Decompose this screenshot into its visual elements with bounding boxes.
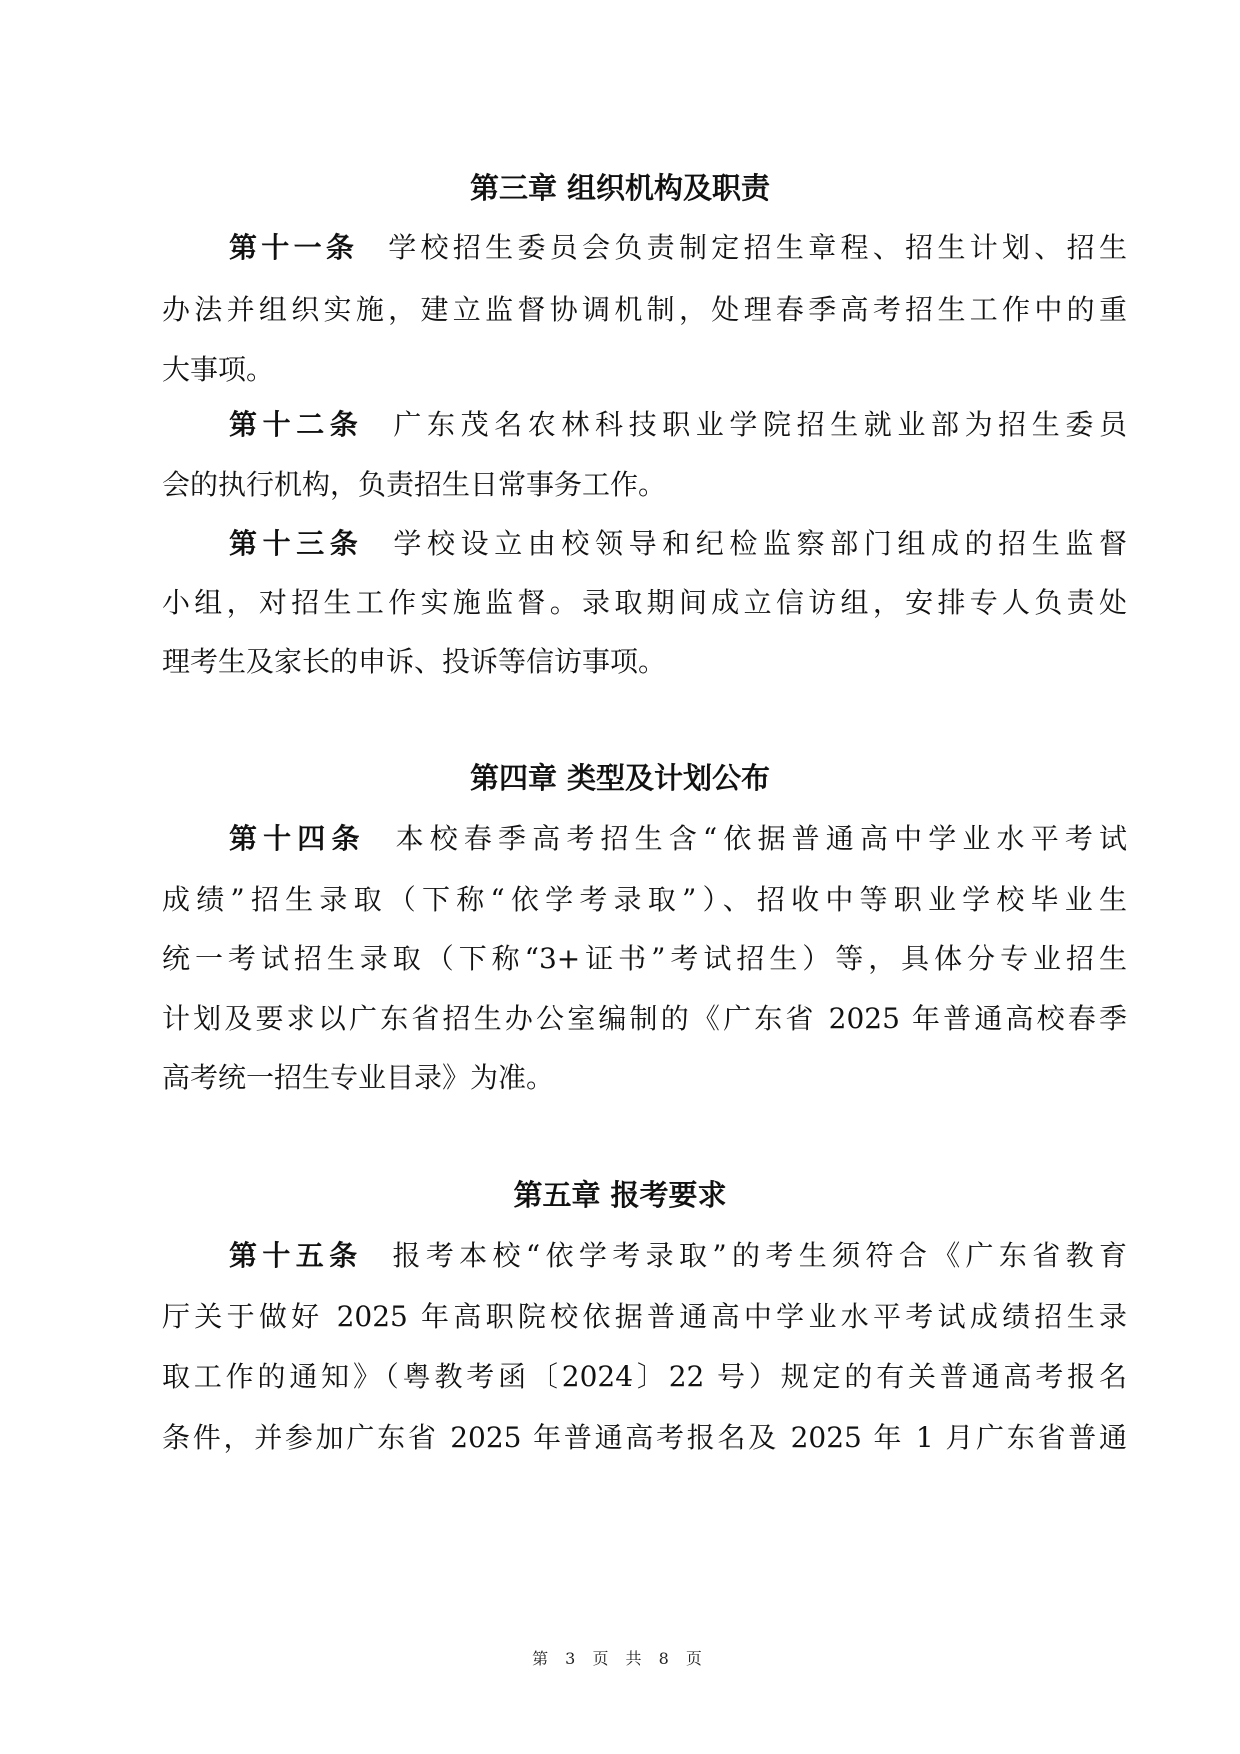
page-number-footer: 第 3 页 共 8 页: [0, 1646, 1240, 1669]
chapter-heading-3: 第三章 组织机构及职责: [0, 168, 1240, 208]
article-14-line-5: 高考统一招生专业目录》为准。: [162, 1058, 1127, 1098]
article-label: 第十四条: [229, 822, 366, 855]
article-15-line-3: 取工作的通知》（粤教考函〔2024〕22 号）规定的有关普通高考报名: [162, 1357, 1127, 1397]
article-14-line-4: 计划及要求以广东省招生办公室编制的《广东省 2025 年普通高校春季: [162, 999, 1127, 1039]
article-text: 学校招生委员会负责制定招生章程、招生计划、招生: [388, 231, 1127, 264]
article-15-line-2: 厅关于做好 2025 年高职院校依据普通高中学业水平考试成绩招生录: [162, 1297, 1127, 1337]
article-label: 第十一条: [229, 231, 358, 264]
article-13-line-1: 第十三条学校设立由校领导和纪检监察部门组成的招生监督: [229, 524, 1127, 564]
article-label: 第十五条: [229, 1239, 362, 1272]
article-text: 学校设立由校领导和纪检监察部门组成的招生监督: [393, 527, 1127, 560]
article-11-line-3: 大事项。: [162, 350, 1127, 390]
article-14-line-1: 第十四条本校春季高考招生含“依据普通高中学业水平考试: [229, 819, 1127, 859]
article-label: 第十二条: [229, 408, 363, 441]
article-15-line-4: 条件，并参加广东省 2025 年普通高考报名及 2025 年 1 月广东省普通: [162, 1418, 1127, 1458]
article-13-line-2: 小组，对招生工作实施监督。录取期间成立信访组，安排专人负责处: [162, 583, 1127, 623]
article-text: 广东茂名农林科技职业学院招生就业部为招生委员: [393, 408, 1127, 441]
chapter-heading-4: 第四章 类型及计划公布: [0, 758, 1240, 798]
chapter-heading-5: 第五章 报考要求: [0, 1175, 1240, 1215]
article-11-line-2: 办法并组织实施，建立监督协调机制，处理春季高考招生工作中的重: [162, 290, 1127, 330]
article-13-line-3: 理考生及家长的申诉、投诉等信访事项。: [162, 642, 1127, 682]
article-label: 第十三条: [229, 527, 363, 560]
article-12-line-2: 会的执行机构，负责招生日常事务工作。: [162, 465, 1127, 505]
article-11-line-1: 第十一条学校招生委员会负责制定招生章程、招生计划、招生: [229, 228, 1127, 268]
document-page: 第三章 组织机构及职责 第十一条学校招生委员会负责制定招生章程、招生计划、招生 …: [0, 0, 1240, 1754]
article-15-line-1: 第十五条报考本校“依学考录取”的考生须符合《广东省教育: [229, 1236, 1127, 1276]
article-text: 报考本校“依学考录取”的考生须符合《广东省教育: [392, 1239, 1127, 1272]
article-14-line-2: 成绩”招生录取（下称“依学考录取”）、招收中等职业学校毕业生: [162, 880, 1127, 920]
article-text: 本校春季高考招生含“依据普通高中学业水平考试: [396, 822, 1127, 855]
article-14-line-3: 统一考试招生录取（下称“3+证书”考试招生）等，具体分专业招生: [162, 939, 1127, 979]
article-12-line-1: 第十二条广东茂名农林科技职业学院招生就业部为招生委员: [229, 405, 1127, 445]
